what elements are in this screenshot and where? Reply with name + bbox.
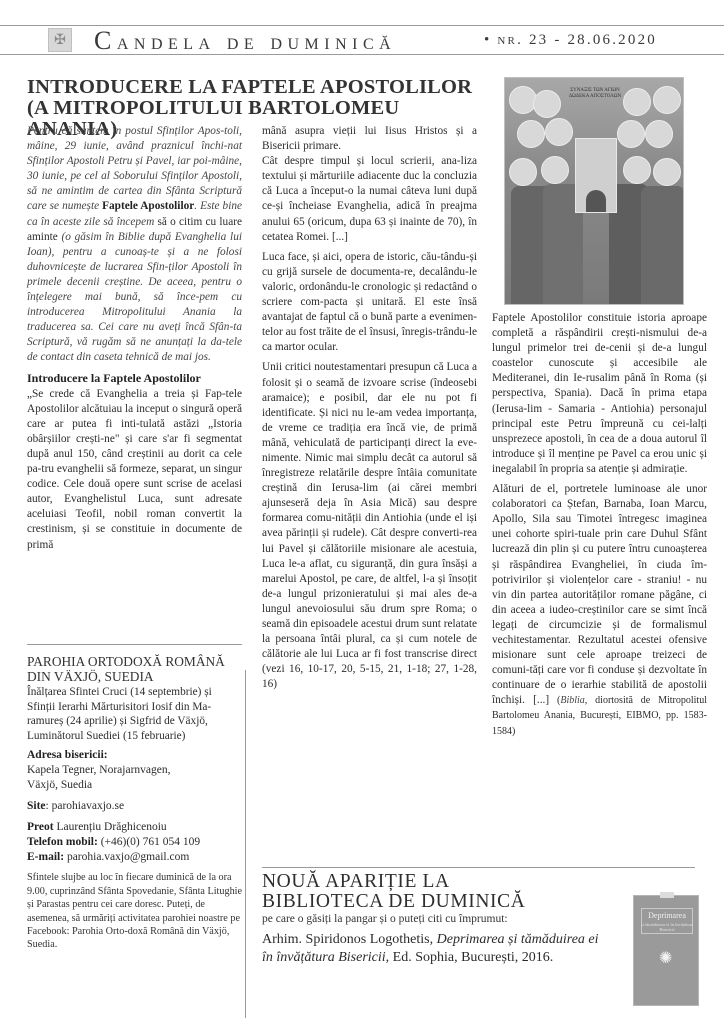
headline-line-1: Introducere la Faptele Apostolilor: [27, 76, 472, 98]
church-model-icon: [575, 138, 617, 213]
phone-row: Telefon mobil: (+46)(0) 761 054 109: [27, 835, 242, 850]
column-divider: [245, 670, 246, 1018]
publication-title: Candela de duminică: [94, 26, 396, 56]
email-link[interactable]: parohia.vaxjo@gmail.com: [64, 851, 189, 863]
church-address: Adresa bisericii: Kapela Tegner, Norajar…: [27, 748, 242, 793]
phone-number[interactable]: (+46)(0) 761 054 109: [98, 836, 200, 848]
book-author: Arhim. Spiridonos Logothetis,: [262, 932, 437, 947]
divider: [27, 644, 242, 645]
flower-icon: ✺: [659, 951, 672, 967]
book-name-emphasis: Faptele Apostolilor: [102, 200, 194, 212]
contact-block: Preot Laurențiu Drăghicenoiu Telefon mob…: [27, 820, 242, 865]
site-link[interactable]: : parohiavaxjo.se: [46, 800, 125, 812]
masthead-bottom-rule: [0, 54, 724, 55]
priest-row: Preot Laurențiu Drăghicenoiu: [27, 820, 242, 835]
article-column-1: Pentru că suntem în postul Sfinților Apo…: [27, 124, 242, 558]
article-column-2: mână asupra vieții lui Iisus Hristos și …: [262, 124, 477, 697]
phone-label: Telefon mobil:: [27, 836, 98, 848]
figure-robe: [641, 186, 684, 305]
book-reference: Arhim. Spiridonos Logothetis, Deprimarea…: [262, 931, 602, 967]
halo-icon: [541, 156, 569, 184]
halo-icon: [617, 120, 645, 148]
intro-paragraph: Pentru că suntem în postul Sfinților Apo…: [27, 124, 242, 366]
book-cover-image: Deprimarea și tămăduirea ei în învățătur…: [633, 895, 699, 1006]
body-paragraph: „Se crede că Evanghelia a treia și Fap-t…: [27, 387, 242, 553]
address-label: Adresa bisericii:: [27, 748, 242, 763]
bullet-separator: •: [484, 32, 491, 48]
issue-info: • nr. 23 - 28.06.2020: [484, 32, 657, 49]
new-book-subtitle: pe care o găsiți la pangar și o puteți c…: [262, 912, 602, 926]
halo-icon: [517, 120, 545, 148]
book-publisher: , Ed. Sophia, București, 2016.: [386, 950, 554, 965]
email-row: E-mail: parohia.vaxjo@gmail.com: [27, 850, 242, 865]
body-paragraph: Alături de el, portretele luminoase ale …: [492, 482, 707, 739]
halo-icon: [533, 90, 561, 118]
cover-title: Deprimarea: [638, 912, 696, 920]
site-label: Site: [27, 800, 46, 812]
halo-icon: [645, 120, 673, 148]
body-paragraph: Faptele Apostolilor constituie istoria a…: [492, 311, 707, 477]
priest-name: Laurențiu Drăghicenoiu: [54, 821, 167, 833]
heading-line-2: biblioteca de duminică: [262, 891, 525, 912]
halo-icon: [653, 86, 681, 114]
halo-icon: [509, 158, 537, 186]
section-subheading: Introducere la Faptele Apostolilor: [27, 371, 242, 386]
new-book-heading: Nouă apariție la biblioteca de duminică: [262, 872, 602, 912]
divider: [262, 867, 695, 868]
body-paragraph: Luca face, și aici, opera de istoric, că…: [262, 250, 477, 356]
icon-painting-apostles: ΣΥΝΑΞΙΣ ΤΩΝ ΑΓΙΩΝ ΔΩΔΕΚΑ ΑΠΟΣΤΟΛΩΝ: [504, 77, 684, 305]
parish-feasts: Înălțarea Sfintei Cruci (14 septembrie) …: [27, 685, 242, 743]
body-paragraph: mână asupra vieții lui Iisus Hristos și …: [262, 124, 477, 154]
church-arch: [586, 190, 606, 212]
article-column-3: Faptele Apostolilor constituie istoria a…: [492, 311, 707, 744]
service-schedule: Sfintele slujbe au loc în fiecare dumini…: [27, 871, 242, 951]
address-line-2: Växjö, Suedia: [27, 778, 242, 793]
halo-icon: [545, 118, 573, 146]
halo-icon: [653, 158, 681, 186]
crest-icon: ✠: [48, 28, 72, 52]
publisher-logo: [660, 892, 674, 898]
address-line-1: Kapela Tegner, Norajarnvagen,: [27, 763, 242, 778]
masthead: ✠ Candela de duminică • nr. 23 - 28.06.2…: [0, 0, 724, 78]
issue-number-date: nr. 23 - 28.06.2020: [497, 32, 657, 48]
priest-label: Preot: [27, 821, 54, 833]
site-row: Site: parohiavaxjo.se: [27, 799, 242, 814]
heading-line-1: Nouă apariție la: [262, 871, 450, 892]
email-label: E-mail:: [27, 851, 64, 863]
body-paragraph: Unii critici noutestamentari presupun că…: [262, 360, 477, 692]
parish-info-box: Parohia Ortodoxă Română din Växjö, Suedi…: [27, 654, 242, 952]
halo-icon: [623, 88, 651, 116]
parish-title: Parohia Ortodoxă Română din Växjö, Suedi…: [27, 654, 242, 684]
halo-icon: [623, 156, 651, 184]
new-book-section: Nouă apariție la biblioteca de duminică …: [262, 872, 602, 967]
icon-caption: ΣΥΝΑΞΙΣ ΤΩΝ ΑΓΙΩΝ ΔΩΔΕΚΑ ΑΠΟΣΤΟΛΩΝ: [560, 88, 630, 100]
body-paragraph: Cât despre timpul și locul scrierii, ana…: [262, 154, 477, 245]
cover-subtitle: și tămăduirea ei în învățătura Bisericii: [638, 922, 696, 932]
